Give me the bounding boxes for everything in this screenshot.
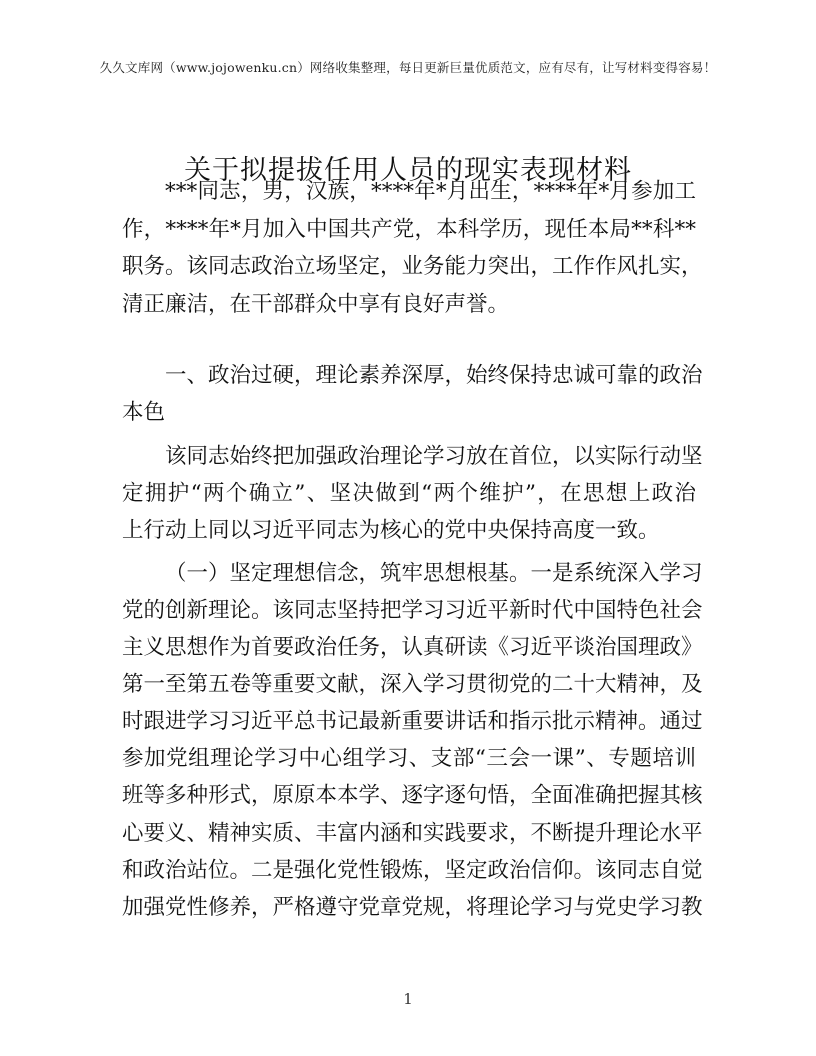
body-line: 该同志始终把加强政治理论学习放在首位，以实际行动坚 [165,443,696,471]
body-line: 参加党组理论学习中心组学习、支部“三会一课”、专题培训 [122,745,696,773]
body-line: 清正廉洁，在干部群众中享有良好声誉。 [122,291,696,319]
header-note: 久久文库网（www.jojowenku.cn）网络收集整理，每日更新巨量优质范文… [0,58,816,76]
body-line: 主义思想作为首要政治任务，认真研读《习近平谈治国理政》 [122,634,696,662]
body-line: 定拥护“两个确立”、坚决做到“两个维护”，在思想上政治 [122,480,696,508]
body-line: 班等多种形式，原原本本学、逐字逐句悟，全面准确把握其核 [122,782,696,810]
body-line: 加强党性修养，严格遵守党章党规，将理论学习与党史学习教 [122,894,696,922]
body-line: 时跟进学习习近平总书记最新重要讲话和指示批示精神。通过 [122,708,696,736]
body-line: 党的创新理论。该同志坚持把学习习近平新时代中国特色社会 [122,597,696,625]
body-line: 第一至第五卷等重要文献，深入学习贯彻党的二十大精神，及 [122,671,696,699]
body-line: （一）坚定理想信念，筑牢思想根基。一是系统深入学习 [165,560,696,588]
section-heading-line: 一、政治过硬，理论素养深厚，始终保持忠诚可靠的政治 [165,362,696,390]
body-line: 心要义、精神实质、丰富内涵和实践要求，不断提升理论水平 [122,820,696,848]
body-line: 职务。该同志政治立场坚定，业务能力突出，工作作风扎实， [122,253,696,281]
section-heading-line: 本色 [122,399,696,427]
page-number: 1 [0,990,816,1008]
body-line: 上行动上同以习近平同志为核心的党中央保持高度一致。 [122,517,696,545]
body-line: 作，****年*月加入中国共产党，本科学历，现任本局**科** [122,216,696,244]
body-line: 和政治站位。二是强化党性锻炼，坚定政治信仰。该同志自觉 [122,857,696,885]
body-line: ***同志，男，汉族，****年*月出生，****年*月参加工 [165,178,696,206]
